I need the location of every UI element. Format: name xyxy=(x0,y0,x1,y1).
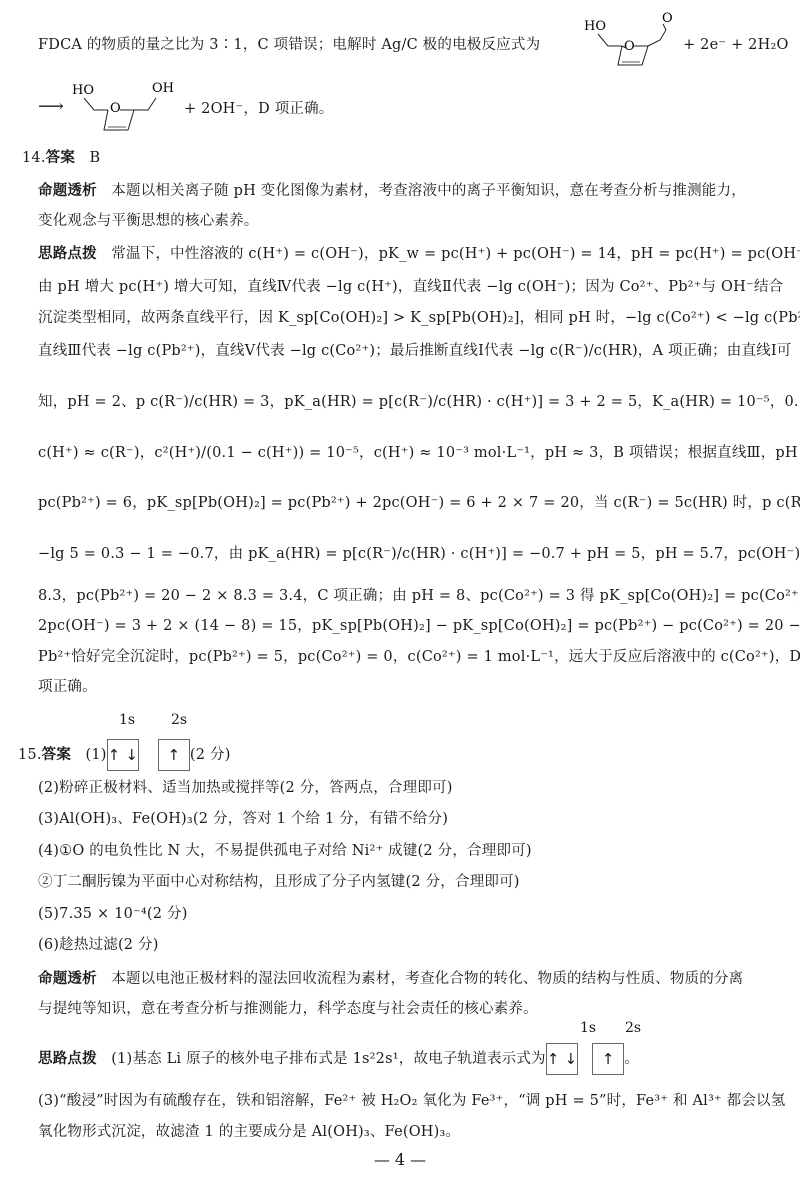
hmf-molecule-structure: HO O O xyxy=(578,10,698,82)
svg-text:HO: HO xyxy=(584,19,606,34)
q14-analysis-line-2: 变化观念与平衡思想的核心素养。 xyxy=(38,212,259,230)
q14-hint-line-3: 沉淀类型相同，故两条直线平行，因 K_sp[Co(OH)₂] > K_sp[Pb… xyxy=(38,309,800,327)
q14-hint-line-11: Pb²⁺恰好完全沉淀时，pc(Pb²⁺) = 5，pc(Co²⁺) = 0，c(… xyxy=(38,648,800,666)
intro-line-1-tail: + 2e⁻ + 2H₂O xyxy=(683,36,789,54)
q15-answer-2: (2)粉碎正极材料、适当加热或搅拌等(2 分，答两点，合理即可) xyxy=(38,779,453,797)
q14-analysis-line-1: 命题透析 本题以相关离子随 pH 变化图像为素材，考查溶液中的离子平衡知识，意在… xyxy=(38,182,746,200)
orbital-box-2s: ↑ xyxy=(158,739,190,771)
svg-text:HO: HO xyxy=(72,83,94,98)
q15-analysis-line-1: 命题透析 本题以电池正极材料的湿法回收流程为素材，考查化合物的转化、物质的结构与… xyxy=(38,970,743,988)
q14-hint-line-2: 由 pH 增大 pc(H⁺) 增大可知，直线Ⅳ代表 −lg c(H⁺)，直线Ⅱ代… xyxy=(38,278,783,296)
q14-hint-line-12: 项正确。 xyxy=(38,678,97,696)
q15-number: 15. xyxy=(18,747,42,763)
q14-hint-line-4: 直线Ⅲ代表 −lg c(Pb²⁺)，直线Ⅴ代表 −lg c(Co²⁺)；最后推断… xyxy=(38,342,792,360)
q14-hint-label: 思路点拨 xyxy=(38,246,97,262)
q15-answer-5: (5)7.35 × 10⁻⁴(2 分) xyxy=(38,905,188,923)
orbital-label-1s: 1s xyxy=(119,712,135,728)
q15-hint-label: 思路点拨 xyxy=(38,1051,97,1067)
page-number: — 4 — xyxy=(0,1150,800,1169)
q15-hint-line-3a: (3)“酸浸”时因为有硫酸存在，铁和铝溶解，Fe²⁺ 被 H₂O₂ 氧化为 Fe… xyxy=(38,1092,785,1110)
intro-line-1: FDCA 的物质的量之比为 3∶1，C 项错误；电解时 Ag/C 极的电极反应式… xyxy=(38,36,540,54)
intro-line-2-tail: + 2OH⁻，D 项正确。 xyxy=(184,100,334,118)
q14-hint-line-6: c(H⁺) ≈ c(R⁻)，c²(H⁺)/(0.1 − c(H⁺)) = 10⁻… xyxy=(38,444,800,462)
orbital-label-2s: 2s xyxy=(171,712,187,728)
q15-hint-line-3b: 氧化物形式沉淀，故滤渣 1 的主要成分是 Al(OH)₃、Fe(OH)₃。 xyxy=(38,1123,460,1141)
q14-analysis-label: 命题透析 xyxy=(38,183,97,199)
svg-text:OH: OH xyxy=(152,81,174,96)
orbital-box-1s: ↑ ↓ xyxy=(107,739,139,771)
q15-answer-4: (4)①O 的电负性比 N 大，不易提供孤电子对给 Ni²⁺ 成键(2 分，合理… xyxy=(38,842,532,860)
hint-orbital-box-1s: ↑ ↓ xyxy=(546,1043,578,1075)
q14-answer-label: 答案 xyxy=(46,150,75,166)
q15-answer-4b: ②丁二酮肟镍为平面中心对称结构，且形成了分子内氢键(2 分，合理即可) xyxy=(38,873,520,891)
hint-orbital-label-1s: 1s xyxy=(580,1020,596,1036)
q14-answer-line: 14.答案 B xyxy=(22,149,100,167)
q15-answer-3: (3)Al(OH)₃、Fe(OH)₃(2 分，答对 1 个给 1 分，有错不给分… xyxy=(38,810,448,828)
q14-hint-line-10: 2pc(OH⁻) = 3 + 2 × (14 − 8) = 15，pK_sp[P… xyxy=(38,617,800,635)
reaction-arrow: ⟶ xyxy=(38,98,64,116)
q14-hint-line-9: 8.3，pc(Pb²⁺) = 20 − 2 × 8.3 = 3.4，C 项正确；… xyxy=(38,587,800,605)
q14-hint-line-1: 思路点拨 常温下，中性溶液的 c(H⁺) = c(OH⁻)，pK_w = pc(… xyxy=(38,245,800,263)
q14-answer-value: B xyxy=(90,150,101,166)
q15-answer-6: (6)趁热过滤(2 分) xyxy=(38,936,159,954)
svg-text:O: O xyxy=(110,101,121,116)
q14-hint-line-8: −lg 5 = 0.3 − 1 = −0.7，由 pK_a(HR) = p[c(… xyxy=(38,545,800,563)
q15-answer-label: 答案 xyxy=(42,747,71,763)
q14-number: 14. xyxy=(22,150,46,166)
q15-answer-line: 15.答案 (1)↑ ↓ ↑(2 分) xyxy=(18,738,231,772)
hint-orbital-box-2s: ↑ xyxy=(592,1043,624,1075)
svg-text:O: O xyxy=(662,11,673,26)
svg-text:O: O xyxy=(624,39,635,54)
hint-orbital-label-2s: 2s xyxy=(625,1020,641,1036)
q15-hint-line-1: 思路点拨 (1)基态 Li 原子的核外电子排布式是 1s²2s¹，故电子轨道表示… xyxy=(38,1042,639,1076)
q14-hint-line-7: pc(Pb²⁺) = 6，pK_sp[Pb(OH)₂] = pc(Pb²⁺) +… xyxy=(38,494,800,512)
q15-analysis-line-2: 与提纯等知识，意在考查分析与推测能力，科学态度与社会责任的核心素养。 xyxy=(38,1000,538,1018)
q14-hint-line-5: 知，pH = 2、p c(R⁻)/c(HR) = 3，pK_a(HR) = p[… xyxy=(38,393,800,411)
bhmf-molecule-structure: HO O OH xyxy=(68,78,188,140)
q15-analysis-label: 命题透析 xyxy=(38,971,97,987)
